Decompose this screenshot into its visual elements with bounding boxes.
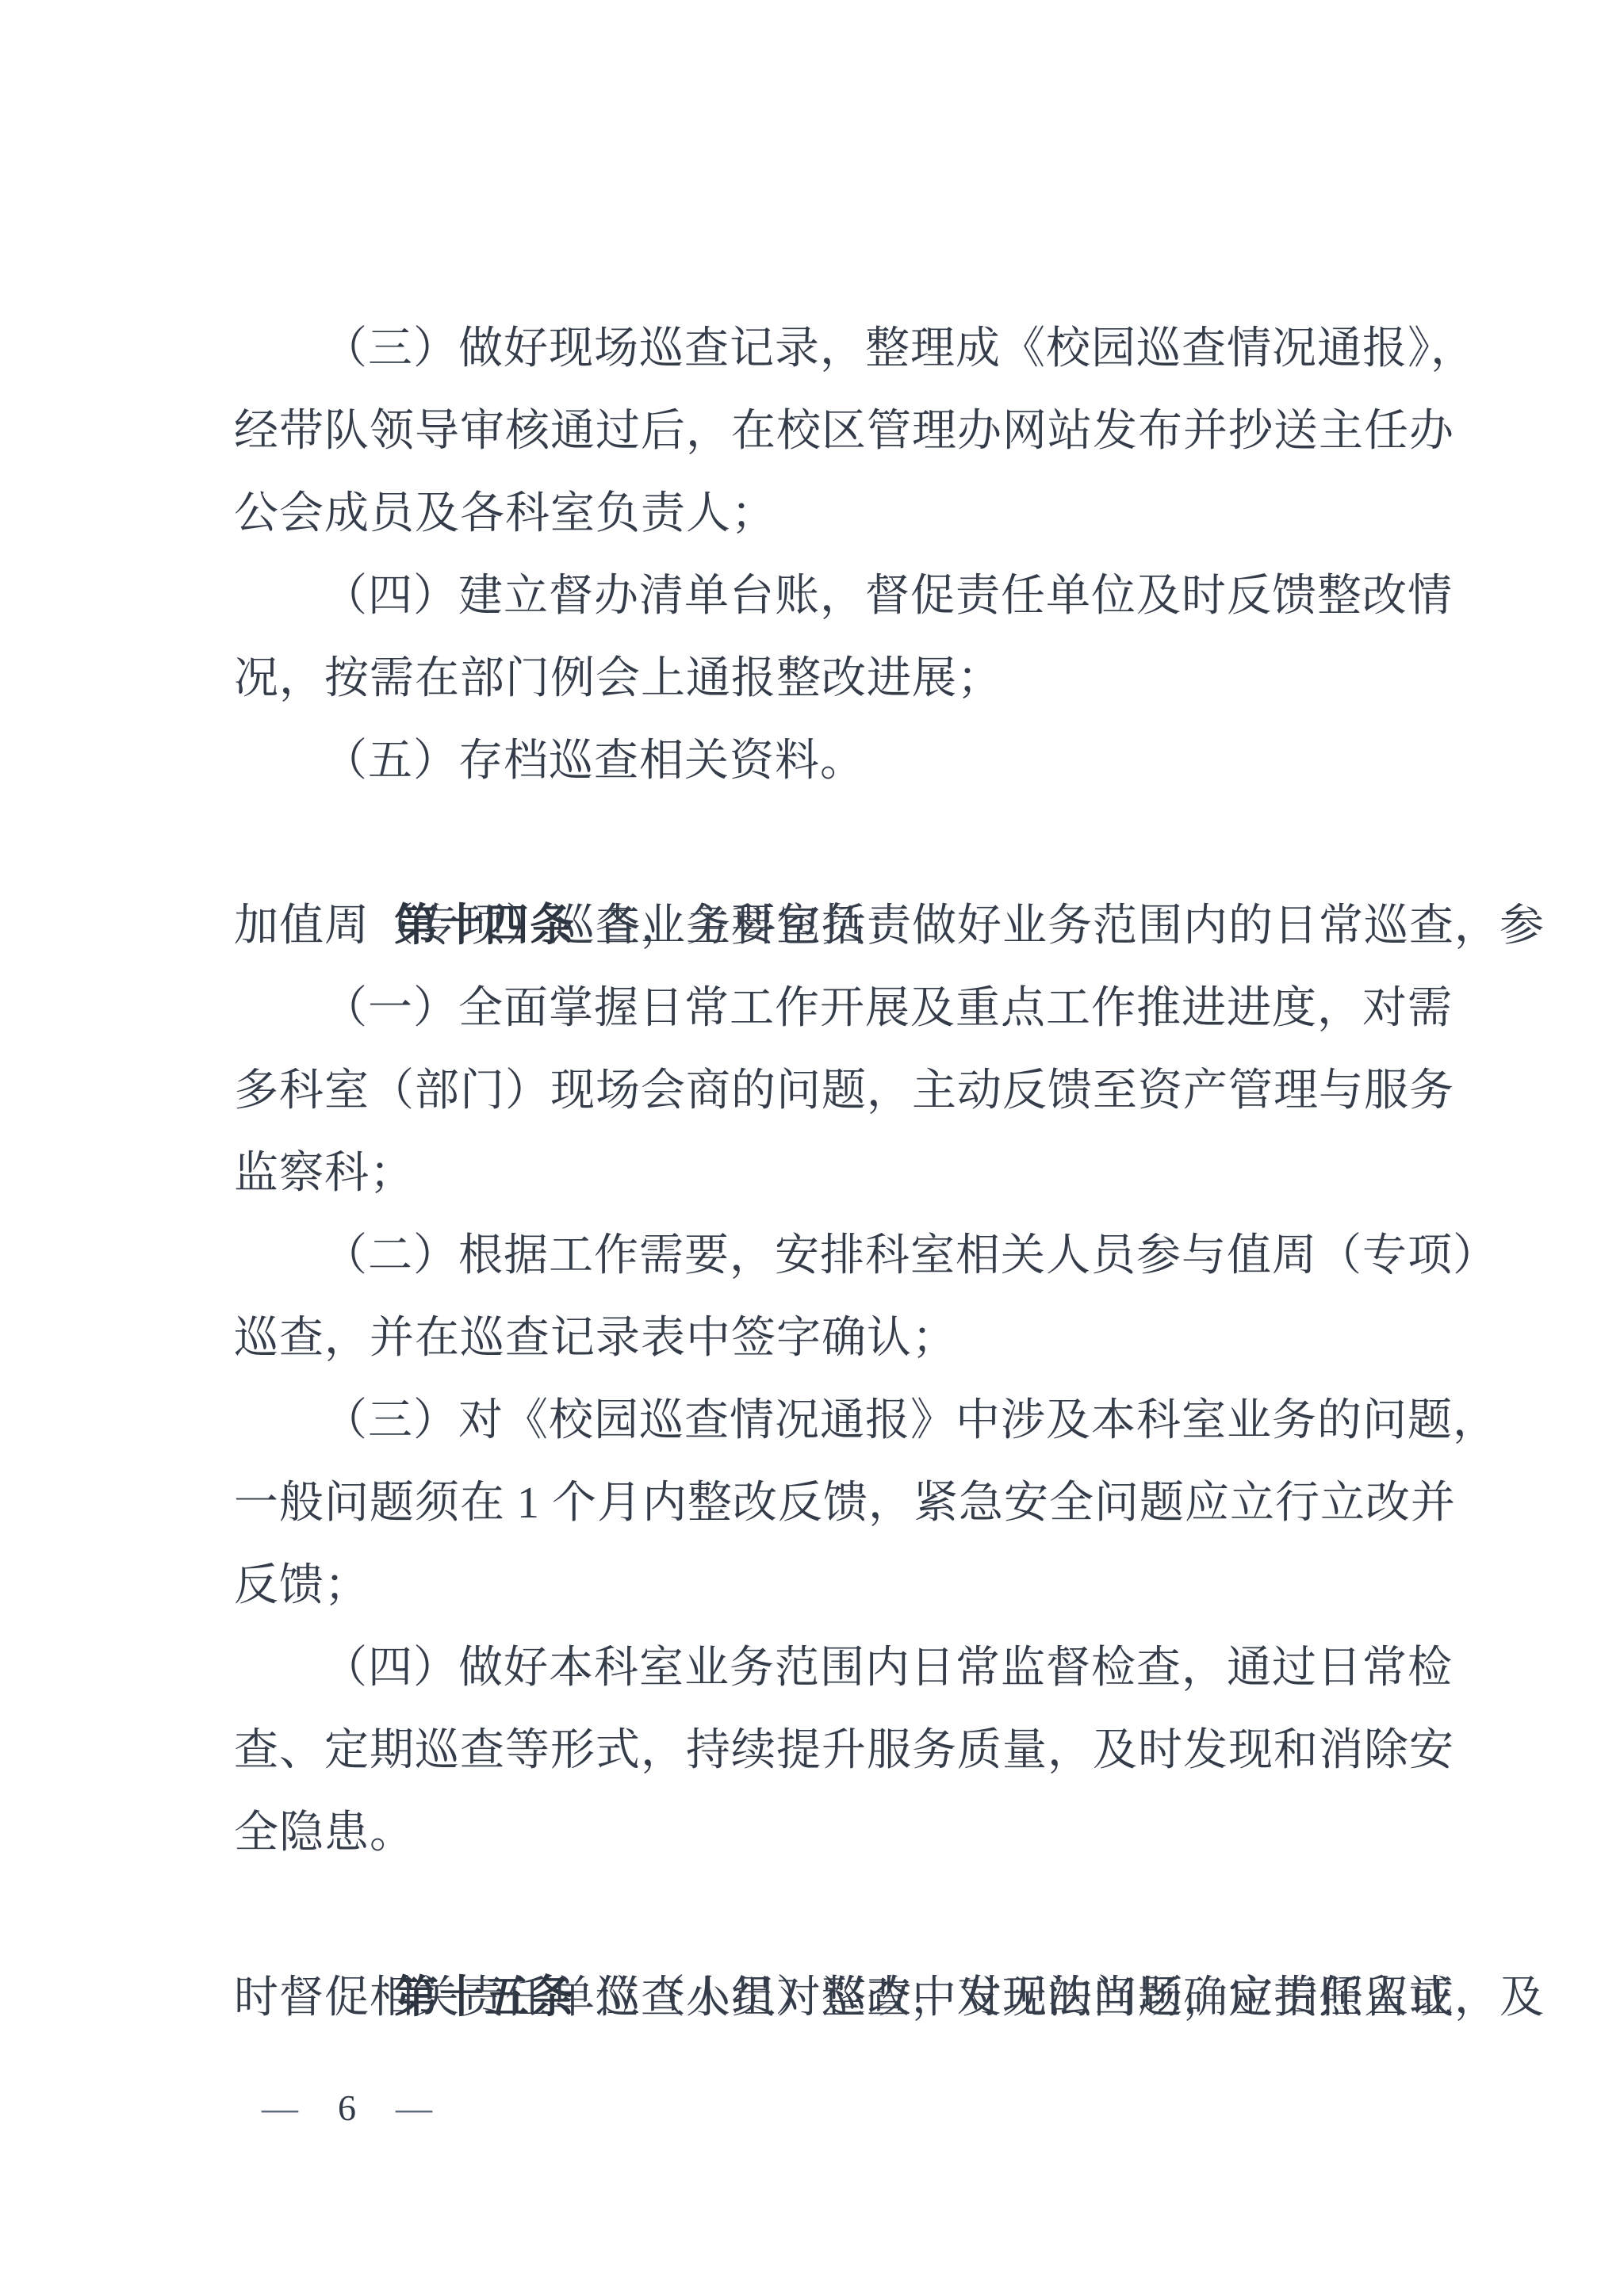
text-line: （五）存档巡查相关资料。 bbox=[234, 720, 1471, 802]
text-line: 第十四条各业务科室负责做好业务范围内的日常巡查，参 bbox=[234, 802, 1471, 885]
text-line: 一般问题须在 1 个月内整改反馈，紧急安全问题应立行立改并 bbox=[234, 1462, 1471, 1544]
text-line: （三）对《校园巡查情况通报》中涉及本科室业务的问题， bbox=[234, 1380, 1471, 1462]
text-line: 反馈； bbox=[234, 1544, 1471, 1627]
text-line: 公会成员及各科室负责人； bbox=[234, 473, 1471, 555]
text-line: 多科室（部门）现场会商的问题，主动反馈至资产管理与服务 bbox=[234, 1050, 1471, 1132]
text-line: 查、定期巡查等形式，持续提升服务质量，及时发现和消除安 bbox=[234, 1709, 1471, 1792]
page-number: 6 bbox=[338, 2090, 356, 2126]
text-line: 经带队领导审核通过后，在校区管理办网站发布并抄送主任办 bbox=[234, 390, 1471, 473]
document-body: （三）做好现场巡查记录，整理成《校园巡查情况通报》， 经带队领导审核通过后，在校… bbox=[234, 308, 1471, 2039]
text-line: （三）做好现场巡查记录，整理成《校园巡查情况通报》， bbox=[234, 308, 1471, 390]
document-page: （三）做好现场巡查记录，整理成《校园巡查情况通报》， 经带队领导审核通过后，在校… bbox=[0, 0, 1624, 2296]
text-line: 全隐患。 bbox=[234, 1792, 1471, 1874]
page-footer: — 6 — bbox=[262, 2090, 432, 2126]
text-line: （四）建立督办清单台账，督促责任单位及时反馈整改情 bbox=[234, 555, 1471, 637]
text-line: （一）全面掌握日常工作开展及重点工作推进进度，对需 bbox=[234, 967, 1471, 1050]
text-line: 况，按需在部门例会上通报整改进展； bbox=[234, 637, 1471, 720]
footer-dash-left: — bbox=[262, 2090, 298, 2126]
text-line: 时督促相关责任单位（人员）整改，对无法当场确定责任人或 bbox=[234, 1957, 1471, 2039]
text-line: （四）做好本科室业务范围内日常监督检查，通过日常检 bbox=[234, 1627, 1471, 1709]
text-line: 监察科； bbox=[234, 1132, 1471, 1215]
text-line: 巡查，并在巡查记录表中签字确认； bbox=[234, 1297, 1471, 1380]
text-line: 第十五条巡查小组对巡查中发现的问题，应拍照留证，及 bbox=[234, 1874, 1471, 1957]
footer-dash-right: — bbox=[396, 2090, 432, 2126]
text-line: （二）根据工作需要，安排科室相关人员参与值周（专项） bbox=[234, 1215, 1471, 1297]
